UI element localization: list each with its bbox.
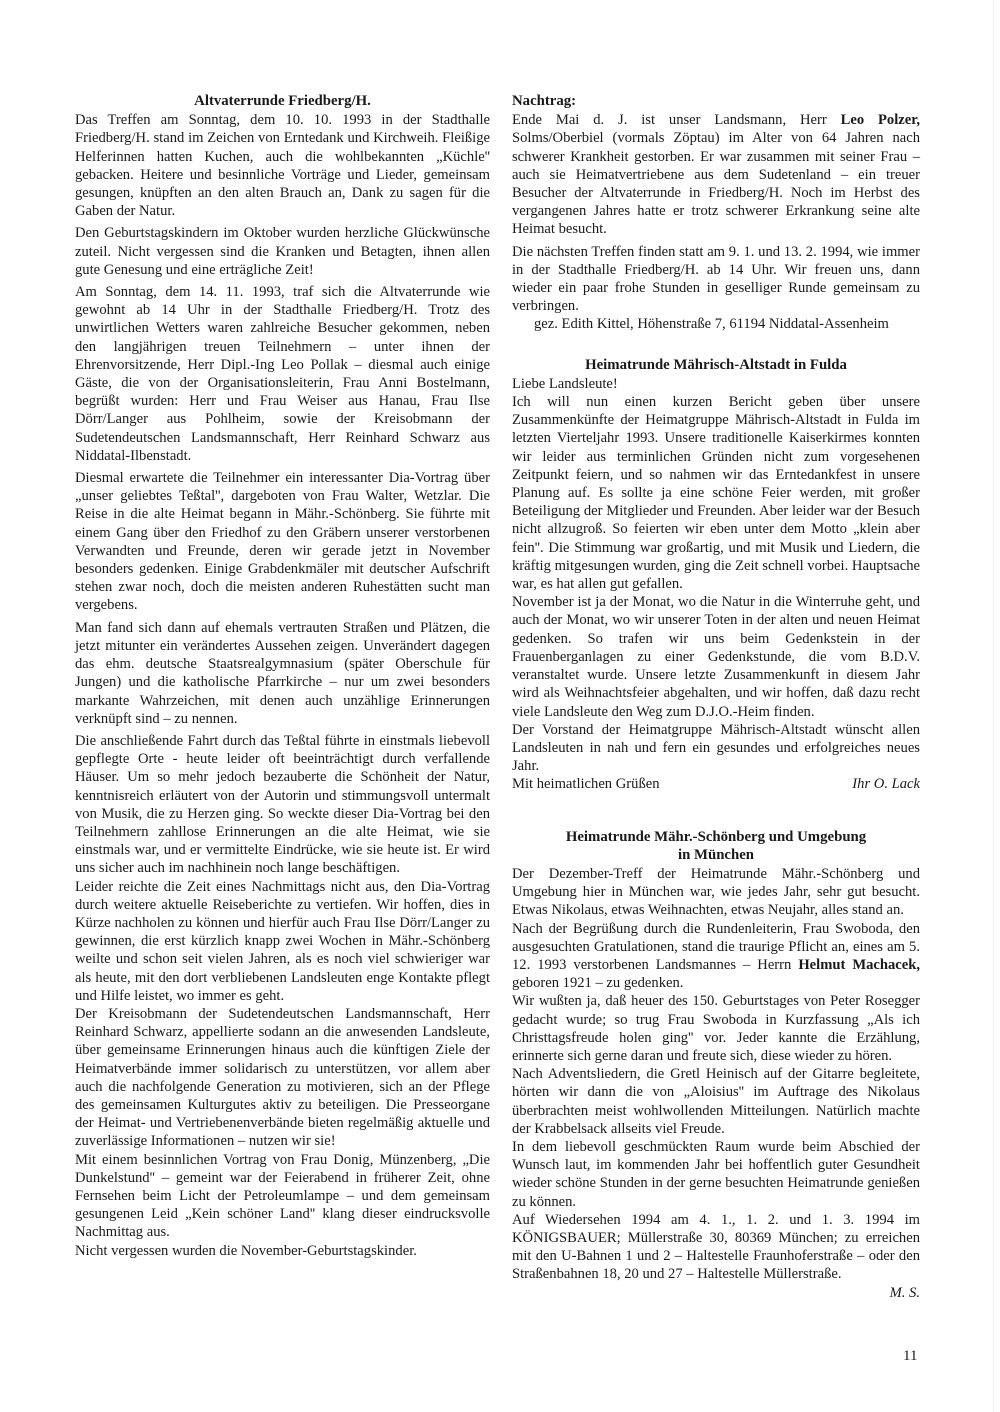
article-title-muenchen: Heimatrunde Mähr.-Schönberg und Umgebung…: [512, 828, 920, 864]
nachtrag-paragraph: Ende Mai d. J. ist unser Landsmann, Herr…: [512, 111, 920, 238]
nachtrag-signature: gez. Edith Kittel, Höhenstraße 7, 61194 …: [512, 315, 920, 333]
muenchen-signature: M. S.: [512, 1284, 920, 1302]
person-name-bold: Helmut Machacek,: [798, 957, 920, 973]
person-name-bold: Leo Polzer,: [841, 112, 920, 128]
paragraph: Wir wußten ja, daß heuer des 150. Geburt…: [512, 992, 920, 1065]
right-column: Nachtrag: Ende Mai d. J. ist unser Lands…: [512, 92, 920, 1302]
greeting: Liebe Landsleute!: [512, 375, 920, 393]
fulda-signature: Ihr O. Lack: [852, 775, 920, 793]
title-line: Heimatrunde Mähr.-Schönberg und Umgebung: [512, 828, 920, 846]
section-spacer: [512, 794, 920, 828]
paragraph: November ist ja der Monat, wo die Natur …: [512, 593, 920, 720]
text-run: Solms/Oberbiel (vormals Zöptau) im Alter…: [512, 130, 920, 237]
paragraph: Das Treffen am Sonntag, dem 10. 10. 1993…: [75, 111, 490, 220]
paragraph: Der Kreisobmann der Sudetendeutschen Lan…: [75, 1005, 490, 1151]
page-number: 11: [903, 1348, 917, 1365]
nachtrag-meetings-paragraph: Die nächsten Treffen finden statt am 9. …: [512, 243, 920, 316]
text-run: geboren 1921 – zu gedenken.: [512, 975, 683, 991]
paragraph: Nach Adventsliedern, die Gretl Heinisch …: [512, 1065, 920, 1138]
paragraph: In dem liebevoll geschmückten Raum wurde…: [512, 1138, 920, 1211]
paragraph: Diesmal erwartete die Teilnehmer ein int…: [75, 469, 490, 615]
paragraph: Nach der Begrüßung durch die Rundenleite…: [512, 920, 920, 993]
scan-edge-line: [993, 0, 994, 1412]
article-title-altvaterrunde: Altvaterrunde Friedberg/H.: [75, 92, 490, 110]
paragraph: Leider reichte die Zeit eines Nachmittag…: [75, 878, 490, 1005]
article-title-fulda: Heimatrunde Mährisch-Altstadt in Fulda: [512, 356, 920, 374]
paragraph: Ich will nun einen kurzen Bericht geben …: [512, 393, 920, 593]
paragraph: Der Vorstand der Heimatgruppe Mährisch-A…: [512, 721, 920, 776]
fulda-closing-line: Mit heimatlichen Grüßen Ihr O. Lack: [512, 775, 920, 793]
paragraph: Die anschließende Fahrt durch das Teßtal…: [75, 732, 490, 878]
paragraph: Am Sonntag, dem 14. 11. 1993, traf sich …: [75, 283, 490, 465]
paragraph: Auf Wiedersehen 1994 am 4. 1., 1. 2. und…: [512, 1211, 920, 1284]
title-line: in München: [512, 846, 920, 864]
left-column: Altvaterrunde Friedberg/H. Das Treffen a…: [75, 92, 490, 1260]
paragraph: Man fand sich dann auf ehemals vertraute…: [75, 619, 490, 728]
nachtrag-label: Nachtrag:: [512, 92, 920, 110]
paragraph: Den Geburtstagskindern im Oktober wurden…: [75, 224, 490, 279]
closing-text: Mit heimatlichen Grüßen: [512, 775, 660, 793]
paragraph: Mit einem besinnlichen Vortrag von Frau …: [75, 1151, 490, 1242]
text-run: Ende Mai d. J. ist unser Landsmann, Herr: [512, 112, 841, 128]
section-spacer: [512, 338, 920, 356]
paragraph: Nicht vergessen wurden die November-Gebu…: [75, 1242, 490, 1260]
paragraph: Der Dezember-Treff der Heimatrunde Mähr.…: [512, 865, 920, 920]
